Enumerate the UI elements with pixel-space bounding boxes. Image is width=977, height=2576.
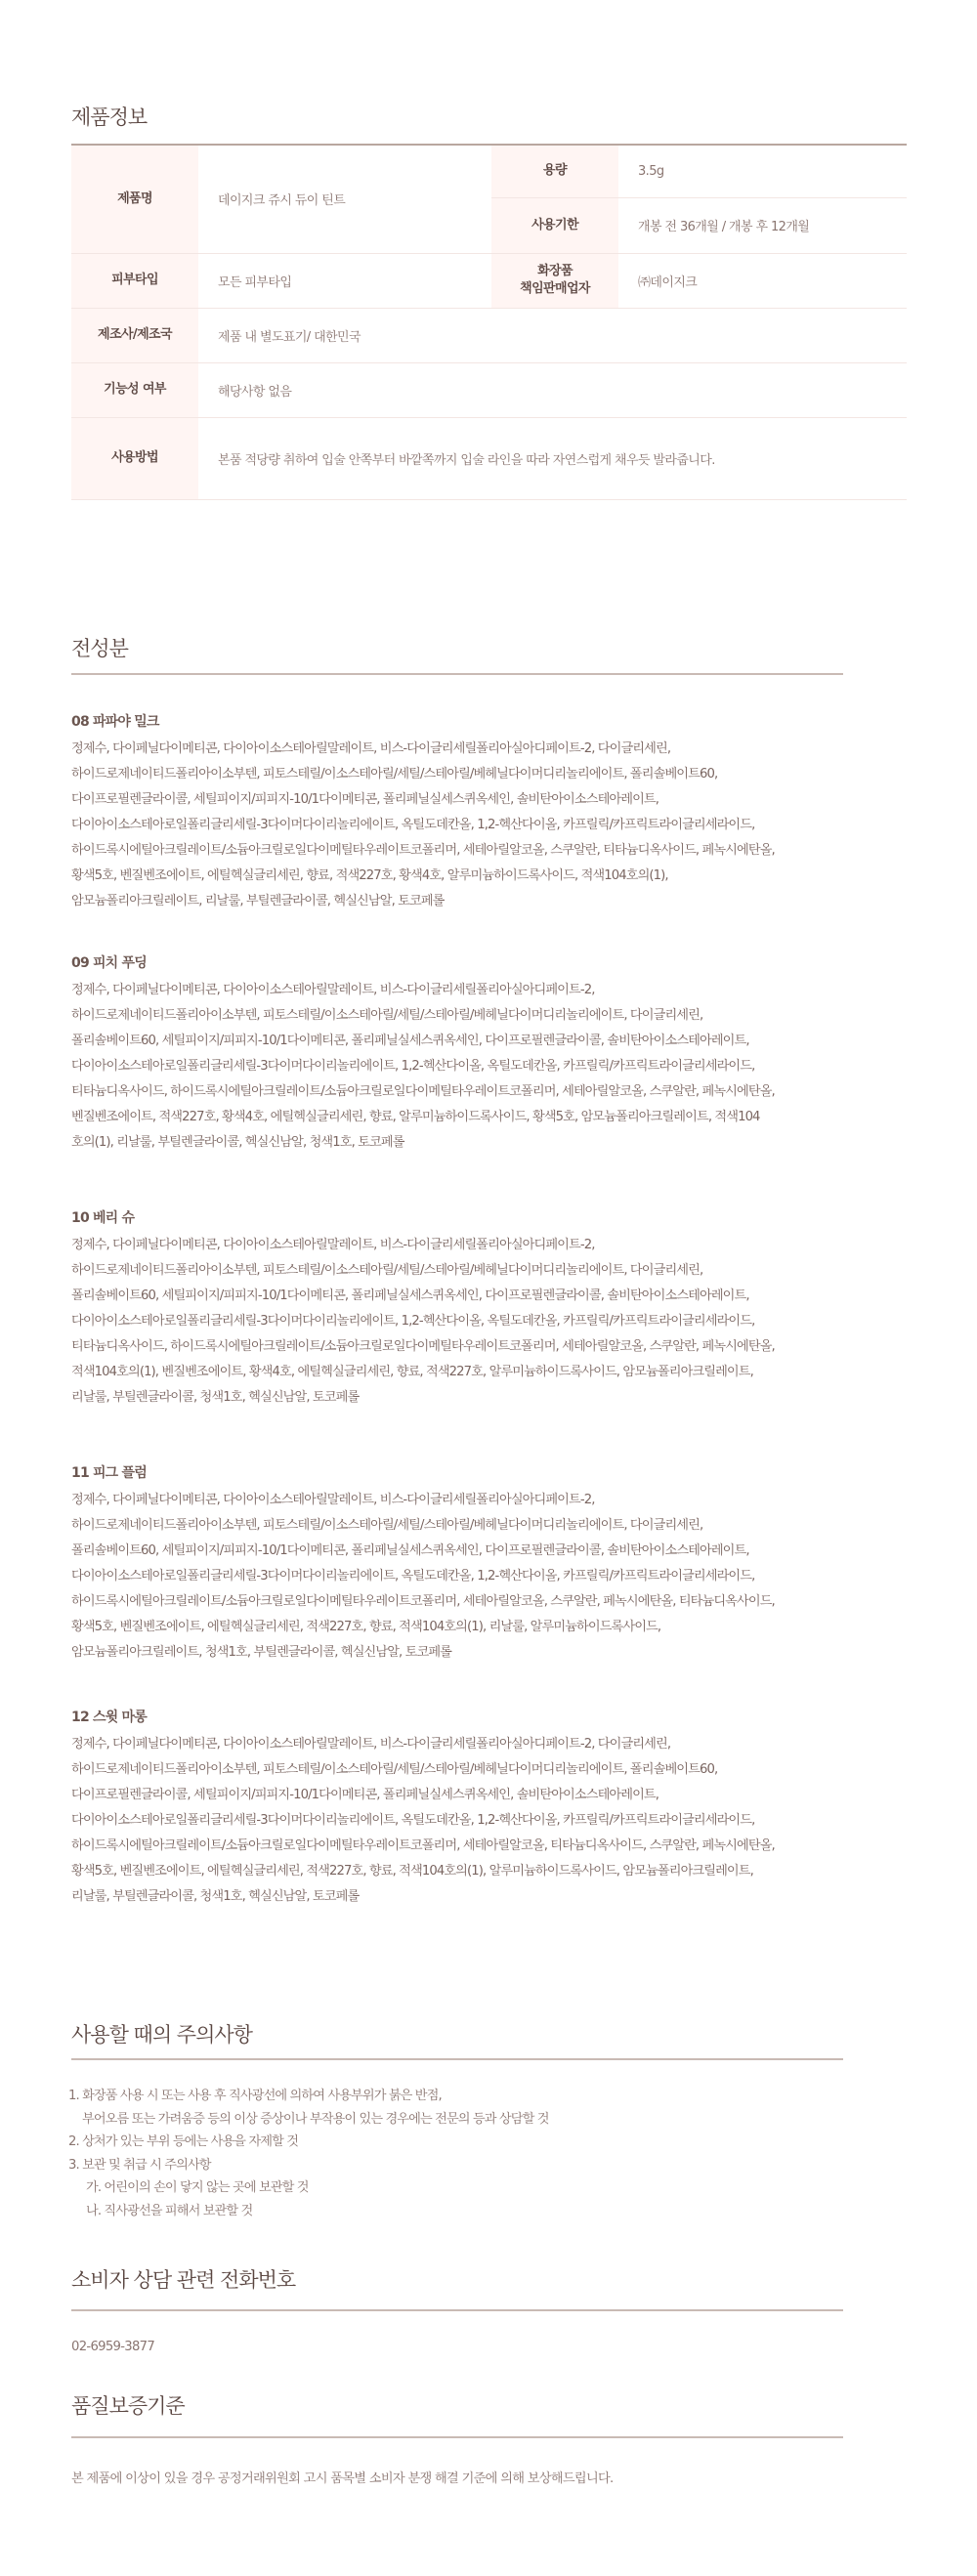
ingredients-divider	[71, 673, 843, 675]
quality-title: 품질보증기준	[71, 2390, 185, 2420]
caution-item: 부어오름 또는 가려움증 등의 이상 증상이나 부작용이 있는 경우에는 전문의…	[68, 2108, 549, 2132]
table-row: 제품명 데이지크 쥬시 듀이 틴트 용량 3.5g	[71, 145, 907, 197]
cautions-list: 1. 화장품 사용 시 또는 사용 후 직사광선에 의하여 사용부위가 붉은 반…	[68, 2085, 549, 2222]
ingredients-title: 전성분	[71, 633, 128, 662]
usage-label: 사용방법	[71, 417, 198, 499]
volume-value: 3.5g	[618, 145, 907, 197]
contact-title: 소비자 상담 관련 전화번호	[71, 2264, 295, 2294]
caution-item: 나. 직사광선을 피해서 보관할 것	[68, 2200, 549, 2223]
expiry-value: 개봉 전 36개월 / 개봉 후 12개월	[618, 197, 907, 253]
caution-item: 1. 화장품 사용 시 또는 사용 후 직사광선에 의하여 사용부위가 붉은 반…	[68, 2085, 549, 2108]
skin-type-label: 피부타입	[71, 253, 198, 308]
shade-name: 08 파파야 밀크	[71, 711, 159, 731]
shade-ingredients: 정제수, 다이페닐다이메티콘, 다이아이소스테아릴말레이트, 비스-다이글리세릴…	[71, 737, 912, 914]
quality-text: 본 제품에 이상이 있을 경우 공정거래위원회 고시 품목별 소비자 분쟁 해결…	[71, 2468, 614, 2486]
shade-ingredients: 정제수, 다이페닐다이메티콘, 다이아이소스테아릴말레이트, 비스-다이글리세릴…	[71, 1732, 912, 1910]
table-row: 기능성 여부 해당사항 없음	[71, 362, 907, 417]
shade-name: 09 피치 푸딩	[71, 952, 147, 972]
table-row: 피부타입 모든 피부타입 화장품 책임판매업자 ㈜데이지크	[71, 253, 907, 308]
product-info-table: 제품명 데이지크 쥬시 듀이 틴트 용량 3.5g 사용기한 개봉 전 36개월…	[71, 144, 907, 500]
table-row: 제조사/제조국 제품 내 별도표기/ 대한민국	[71, 308, 907, 362]
caution-item: 3. 보관 및 취급 시 주의사항	[68, 2154, 549, 2177]
seller-label-line2: 책임판매업자	[491, 280, 618, 298]
seller-label: 화장품 책임판매업자	[491, 253, 618, 308]
caution-item: 2. 상처가 있는 부위 등에는 사용을 자제할 것	[68, 2131, 549, 2154]
caution-item: 가. 어린이의 손이 닿지 않는 곳에 보관할 것	[68, 2176, 549, 2200]
shade-name: 12 스윗 마롱	[71, 1707, 147, 1726]
maker-value: 제품 내 별도표기/ 대한민국	[198, 308, 907, 362]
shade-name: 10 베리 슈	[71, 1207, 134, 1227]
shade-ingredients: 정제수, 다이페닐다이메티콘, 다이아이소스테아릴말레이트, 비스-다이글리세릴…	[71, 1488, 912, 1666]
functional-value: 해당사항 없음	[198, 362, 907, 417]
product-name-value: 데이지크 쥬시 듀이 틴트	[198, 145, 491, 253]
usage-value: 본품 적당량 취하여 입술 안쪽부터 바깥쪽까지 입술 라인을 따라 자연스럽게…	[198, 417, 907, 499]
table-row: 사용방법 본품 적당량 취하여 입술 안쪽부터 바깥쪽까지 입술 라인을 따라 …	[71, 417, 907, 499]
functional-label: 기능성 여부	[71, 362, 198, 417]
skin-type-value: 모든 피부타입	[198, 253, 491, 308]
quality-divider	[71, 2436, 843, 2438]
shade-ingredients: 정제수, 다이페닐다이메티콘, 다이아이소스테아릴말레이트, 비스-다이글리세릴…	[71, 978, 912, 1156]
contact-divider	[71, 2309, 843, 2311]
seller-value: ㈜데이지크	[618, 253, 907, 308]
expiry-label: 사용기한	[491, 197, 618, 253]
product-info-title: 제품정보	[71, 102, 147, 131]
product-name-label: 제품명	[71, 145, 198, 253]
cautions-title: 사용할 때의 주의사항	[71, 2019, 252, 2048]
maker-label: 제조사/제조국	[71, 308, 198, 362]
contact-phone: 02-6959-3877	[71, 2340, 154, 2354]
seller-label-line1: 화장품	[491, 263, 618, 280]
cautions-divider	[71, 2058, 843, 2060]
shade-name: 11 피그 플럼	[71, 1462, 147, 1482]
shade-ingredients: 정제수, 다이페닐다이메티콘, 다이아이소스테아릴말레이트, 비스-다이글리세릴…	[71, 1233, 912, 1411]
volume-label: 용량	[491, 145, 618, 197]
